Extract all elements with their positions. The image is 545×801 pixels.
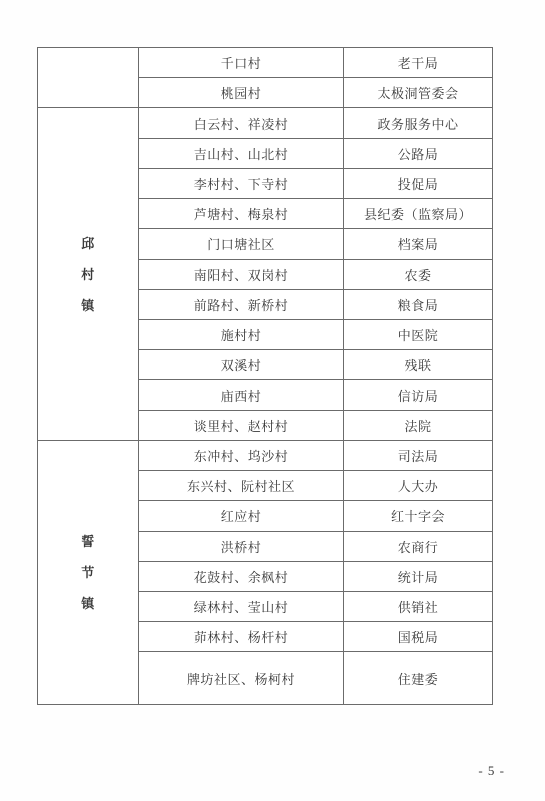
unit-cell: 红十字会 <box>344 501 493 531</box>
unit-cell: 供销社 <box>344 591 493 621</box>
village-cell: 红应村 <box>139 501 344 531</box>
village-cell: 茆林村、杨杆村 <box>139 622 344 652</box>
unit-cell: 司法局 <box>344 440 493 470</box>
unit-cell: 农商行 <box>344 531 493 561</box>
village-cell: 前路村、新桥村 <box>139 289 344 319</box>
town-group-label-char: 镇 <box>38 290 138 321</box>
village-cell: 吉山村、山北村 <box>139 138 344 168</box>
unit-cell: 政务服务中心 <box>344 108 493 138</box>
unit-cell: 残联 <box>344 350 493 380</box>
village-cell: 李村村、下寺村 <box>139 168 344 198</box>
town-group-label-char: 誓 <box>38 526 138 557</box>
unit-cell: 法院 <box>344 410 493 440</box>
village-cell: 牌坊社区、杨柯村 <box>139 652 344 705</box>
village-cell: 庙西村 <box>139 380 344 410</box>
village-cell: 花鼓村、余枫村 <box>139 561 344 591</box>
unit-cell: 粮食局 <box>344 289 493 319</box>
unit-cell: 老干局 <box>344 48 493 78</box>
unit-cell: 农委 <box>344 259 493 289</box>
table-row: 誓节镇东冲村、坞沙村司法局 <box>38 440 493 470</box>
town-group-label-char: 镇 <box>38 588 138 619</box>
village-unit-pairing-table: 千口村老干局桃园村太极洞管委会邱村镇白云村、祥凌村政务服务中心吉山村、山北村公路… <box>37 47 493 705</box>
village-cell: 谈里村、赵村村 <box>139 410 344 440</box>
table-row: 千口村老干局 <box>38 48 493 78</box>
village-cell: 绿林村、莹山村 <box>139 591 344 621</box>
village-cell: 双溪村 <box>139 350 344 380</box>
town-group-label-char: 邱 <box>38 228 138 259</box>
table-body: 千口村老干局桃园村太极洞管委会邱村镇白云村、祥凌村政务服务中心吉山村、山北村公路… <box>38 48 493 705</box>
village-cell: 洪桥村 <box>139 531 344 561</box>
village-cell: 芦塘村、梅泉村 <box>139 199 344 229</box>
unit-cell: 档案局 <box>344 229 493 259</box>
unit-cell: 投促局 <box>344 168 493 198</box>
unit-cell: 国税局 <box>344 622 493 652</box>
unit-cell: 统计局 <box>344 561 493 591</box>
unit-cell: 公路局 <box>344 138 493 168</box>
page-number: - 5 - <box>478 763 505 779</box>
unit-cell: 人大办 <box>344 471 493 501</box>
village-cell: 施村村 <box>139 319 344 349</box>
unit-cell: 中医院 <box>344 319 493 349</box>
town-group-label <box>38 48 139 108</box>
village-cell: 千口村 <box>139 48 344 78</box>
town-group-label: 邱村镇 <box>38 108 139 440</box>
table-row: 邱村镇白云村、祥凌村政务服务中心 <box>38 108 493 138</box>
unit-cell: 住建委 <box>344 652 493 705</box>
village-cell: 南阳村、双岗村 <box>139 259 344 289</box>
unit-cell: 信访局 <box>344 380 493 410</box>
village-cell: 东冲村、坞沙村 <box>139 440 344 470</box>
village-cell: 东兴村、阮村社区 <box>139 471 344 501</box>
unit-cell: 太极洞管委会 <box>344 78 493 108</box>
town-group-label-char: 节 <box>38 557 138 588</box>
village-cell: 白云村、祥凌村 <box>139 108 344 138</box>
village-cell: 桃园村 <box>139 78 344 108</box>
town-group-label-char: 村 <box>38 259 138 290</box>
town-group-label: 誓节镇 <box>38 440 139 704</box>
village-cell: 门口塘社区 <box>139 229 344 259</box>
unit-cell: 县纪委（监察局） <box>344 199 493 229</box>
document-page: { "document": { "page_number": "- 5 -" }… <box>0 0 545 801</box>
